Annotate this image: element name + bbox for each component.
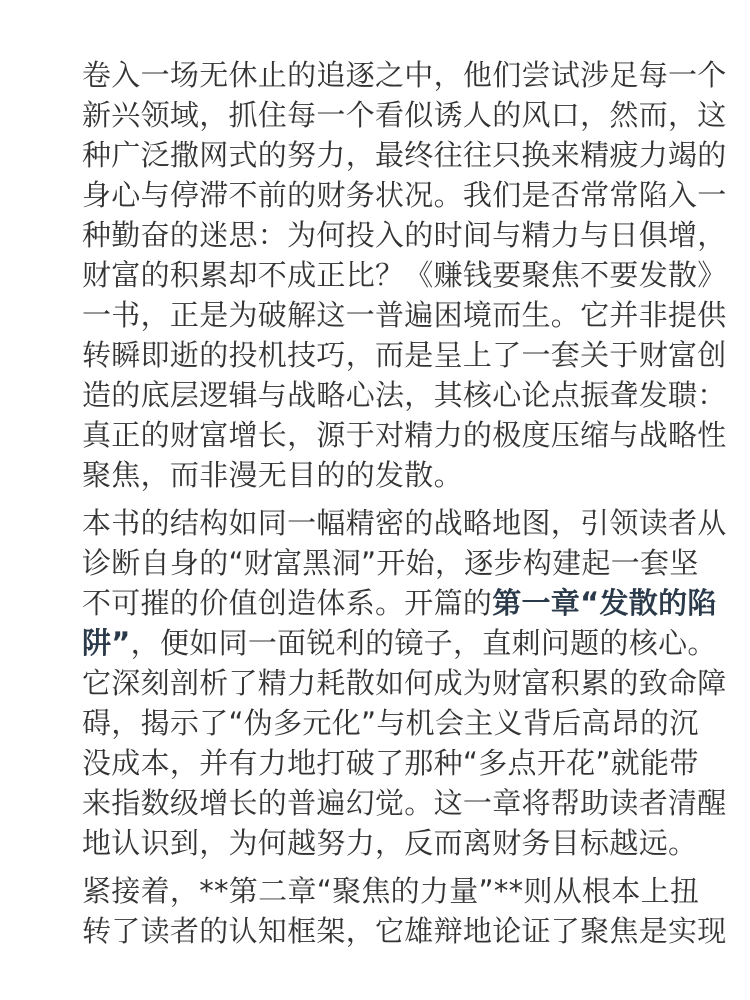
text-line: 阱”，便如同一面锐利的镜子，直刺问题的核心。	[82, 623, 672, 663]
text-line: 诊断自身的“财富黑洞”开始，逐步构建起一套坚	[82, 543, 672, 583]
text-line: 一书，正是为破解这一普遍困境而生。它并非提供	[82, 295, 672, 335]
text-segment: ，便如同一面锐利的镜子，直刺问题的核心。	[131, 626, 717, 660]
article-body: 卷入一场无休止的追逐之中，他们尝试涉足每一个 新兴领域，抓住每一个看似诱人的风口…	[82, 55, 672, 959]
chapter-one-heading: 第一章“发散的陷	[492, 586, 716, 620]
text-line: 转瞬即逝的投机技巧，而是呈上了一套关于财富创	[82, 335, 672, 375]
text-line: 真正的财富增长，源于对精力的极度压缩与战略性	[82, 415, 672, 455]
text-line: 卷入一场无休止的追逐之中，他们尝试涉足每一个	[82, 55, 672, 95]
text-line: 转了读者的认知框架，它雄辩地论证了聚焦是实现	[82, 911, 672, 951]
text-line: 地认识到，为何越努力，反而离财务目标越远。	[82, 823, 672, 863]
paragraph-structure: 本书的结构如同一幅精密的战略地图，引领读者从 诊断自身的“财富黑洞”开始，逐步构…	[82, 503, 672, 863]
text-segment: 不可摧的价值创造体系。开篇的	[82, 586, 492, 620]
text-line: 本书的结构如同一幅精密的战略地图，引领读者从	[82, 503, 672, 543]
text-line: 不可摧的价值创造体系。开篇的第一章“发散的陷	[82, 583, 672, 623]
text-line: 种勤奋的迷思：为何投入的时间与精力与日俱增，	[82, 215, 672, 255]
text-line: 来指数级增长的普遍幻觉。这一章将帮助读者清醒	[82, 783, 672, 823]
chapter-one-heading-end: 阱”	[82, 626, 131, 660]
text-line: 造的底层逻辑与战略心法，其核心论点振聋发聩：	[82, 375, 672, 415]
text-line: 财富的积累却不成正比？《赚钱要聚焦不要发散》	[82, 255, 672, 295]
text-line: 紧接着，**第二章“聚焦的力量”**则从根本上扭	[82, 871, 672, 911]
text-line: 身心与停滞不前的财务状况。我们是否常常陷入一	[82, 175, 672, 215]
text-line: 新兴领域，抓住每一个看似诱人的风口，然而，这	[82, 95, 672, 135]
paragraph-intro: 卷入一场无休止的追逐之中，他们尝试涉足每一个 新兴领域，抓住每一个看似诱人的风口…	[82, 55, 672, 495]
paragraph-chapter-two: 紧接着，**第二章“聚焦的力量”**则从根本上扭 转了读者的认知框架，它雄辩地论…	[82, 871, 672, 951]
text-line: 它深刻剖析了精力耗散如何成为财富积累的致命障	[82, 663, 672, 703]
text-line: 碍，揭示了“伪多元化”与机会主义背后高昂的沉	[82, 703, 672, 743]
text-line: 种广泛撒网式的努力，最终往往只换来精疲力竭的	[82, 135, 672, 175]
text-line: 没成本，并有力地打破了那种“多点开花”就能带	[82, 743, 672, 783]
text-line: 聚焦，而非漫无目的的发散。	[82, 455, 672, 495]
